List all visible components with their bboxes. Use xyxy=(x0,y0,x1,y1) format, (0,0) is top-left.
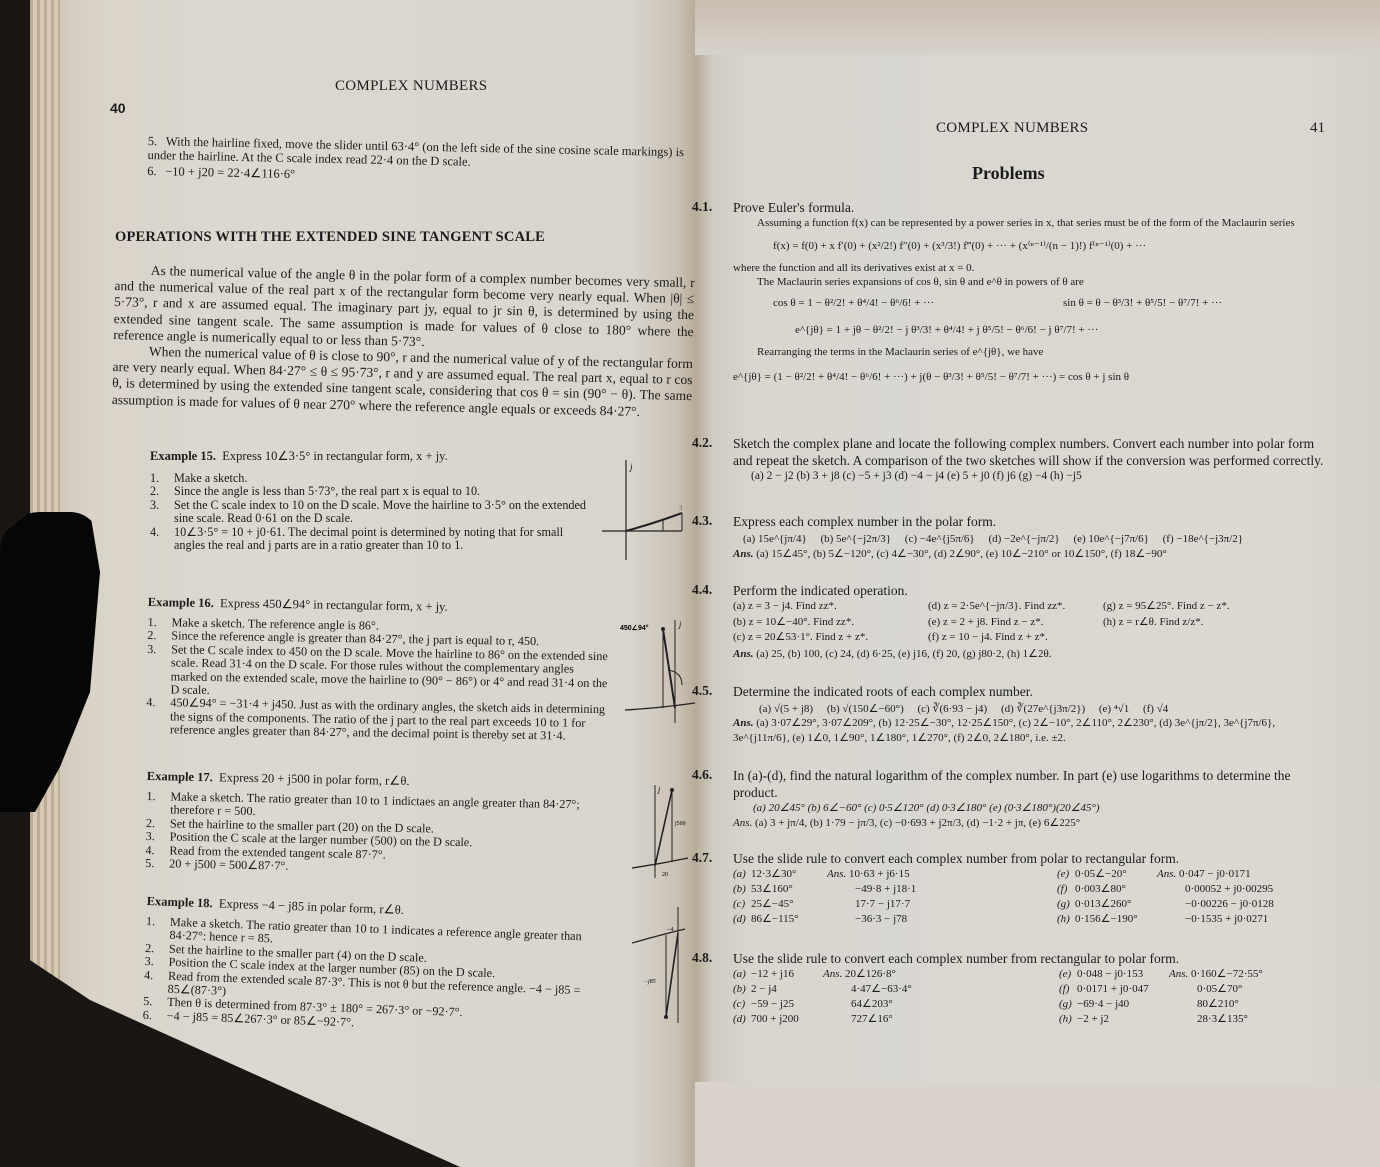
svg-text:450∠94°: 450∠94° xyxy=(620,624,649,632)
section-heading: OPERATIONS WITH THE EXTENDED SINE TANGEN… xyxy=(115,229,545,246)
problem-prompt: Use the slide rule to convert each compl… xyxy=(733,850,1332,867)
question-value: 0·05∠−20° xyxy=(1075,867,1157,882)
example-17: Example 17. Express 20 + j500 in polar f… xyxy=(145,768,607,879)
question-value: 12·3∠30° xyxy=(751,867,827,882)
problem-prompt: Use the slide rule to convert each compl… xyxy=(733,950,1332,967)
left-page-number: 40 xyxy=(110,100,126,116)
problem-4-6: 4.6. In (a)-(d), find the natural logari… xyxy=(692,767,1332,832)
question-value: −59 − j25 xyxy=(751,997,823,1012)
problem-4-1: 4.1. Prove Euler's formula. Assuming a f… xyxy=(692,199,1332,386)
answer-value: Ans. 0·160∠−72·55° xyxy=(1169,967,1299,982)
part-label: (d) xyxy=(733,1012,751,1027)
problem-prompt: Express each complex number in the polar… xyxy=(733,513,1332,530)
right-running-head: COMPLEX NUMBERS xyxy=(936,120,1088,137)
answer-value: 0·00052 + j0·00295 xyxy=(1157,882,1287,897)
problem-prompt: In (a)-(d), find the natural logarithm o… xyxy=(733,767,1332,801)
question-value: 53∠160° xyxy=(751,882,827,897)
answer-value: −49·8 + j18·1 xyxy=(827,882,1057,897)
answer-value: 0·05∠70° xyxy=(1169,982,1299,997)
example-steps: 1.Make a sketch. 2.Since the angle is le… xyxy=(150,472,590,552)
question-value: 0·003∠80° xyxy=(1075,882,1157,897)
example-statement: Express 450∠94° in rectangular form, x +… xyxy=(220,596,448,614)
problem-4-8: 4.8. Use the slide rule to convert each … xyxy=(692,950,1332,1027)
conversion-table: (a)12·3∠30°Ans. 10·63 + j6·15(e)0·05∠−20… xyxy=(733,867,1332,927)
part-label: (b) xyxy=(733,882,751,897)
example-15: Example 15. Express 10∠3·5° in rectangul… xyxy=(150,448,590,552)
part-label: (g) xyxy=(1057,897,1075,912)
example-steps: 1.Make a sketch. The ratio greater than … xyxy=(145,790,606,879)
example-15-sketch: j 3 xyxy=(600,455,695,575)
question-value: 25∠−45° xyxy=(751,897,827,912)
problem-4-2: 4.2. Sketch the complex plane and locate… xyxy=(692,435,1332,483)
part-label: (d) xyxy=(733,912,751,927)
svg-text:−j85: −j85 xyxy=(644,979,656,985)
example-steps: 1.Make a sketch. The reference angle is … xyxy=(146,616,613,744)
example-label: Example 16. xyxy=(148,595,214,610)
example-label: Example 18. xyxy=(146,894,212,910)
part-label: (f) xyxy=(1059,982,1077,997)
answer: Ans. (a) 3·07∠29°, 3·07∠209°, (b) 12·25∠… xyxy=(733,716,1332,746)
problem-parts: (a) √(5 + j8) (b) √(150∠−60°) (c) ∛(6·93… xyxy=(759,702,1332,716)
right-page-number: 41 xyxy=(1310,120,1325,137)
answer-value: Ans. 10·63 + j6·15 xyxy=(827,867,1057,882)
step-item: 4.450∠94° = −31·4 + j450. Just as with t… xyxy=(146,696,612,744)
answer-value: 727∠16° xyxy=(823,1012,1059,1027)
paragraph: As the numerical value of the angle θ in… xyxy=(113,262,695,356)
part-label: (b) xyxy=(733,982,751,997)
step-item: 2.Since the angle is less than 5·73°, th… xyxy=(150,485,590,498)
sin-series: sin θ = θ − θ³/3! + θ⁵/5! − θ⁷/7! + ··· xyxy=(1063,295,1222,312)
problem-number: 4.1. xyxy=(692,199,712,215)
example-statement: Express 20 + j500 in polar form, r∠θ. xyxy=(219,770,410,788)
answer-value: 64∠203° xyxy=(823,997,1059,1012)
question-value: 2 − j4 xyxy=(751,982,823,997)
example-label: Example 17. xyxy=(147,769,213,784)
answer-value: −0·1535 + j0·0271 xyxy=(1157,912,1287,927)
answer-value: −0·00226 − j0·0128 xyxy=(1157,897,1287,912)
example-18: Example 18. Express −4 − j85 in polar fo… xyxy=(142,893,616,1039)
step-item: 3.Set the C scale index to 10 on the D s… xyxy=(150,499,590,526)
problem-parts: (a) 20∠45° (b) 6∠−60° (c) 0·5∠120° (d) 0… xyxy=(753,801,1332,815)
question-value: −69·4 − j40 xyxy=(1077,997,1169,1012)
problem-parts: (a) 2 − j2 (b) 3 + j8 (c) −5 + j3 (d) −4… xyxy=(751,469,1332,483)
example-17-sketch: j j500 20 xyxy=(630,780,700,880)
svg-text:j500: j500 xyxy=(674,821,686,827)
example-steps: 1.Make a sketch. The ratio greater than … xyxy=(142,915,615,1039)
paragraph: When the numerical value of θ is close t… xyxy=(112,343,693,421)
answer: Ans. (a) 25, (b) 100, (c) 24, (d) 6·25, … xyxy=(733,646,1332,663)
maclaurin-equation: f(x) = f(0) + x f′(0) + (x²/2!) f″(0) + … xyxy=(773,238,1332,255)
part-label: (h) xyxy=(1057,912,1075,927)
svg-text:−4: −4 xyxy=(667,927,673,933)
answer-value: 4·47∠−63·4° xyxy=(823,982,1059,997)
part-label: (c) xyxy=(733,997,751,1012)
answer: Ans. (a) 3 + jπ/4, (b) 1·79 − jπ/3, (c) … xyxy=(733,815,1332,832)
part-label: (e) xyxy=(1057,867,1075,882)
problem-parts: (a) z = 3 − j4. Find zz*.(d) z = 2·5e^{−… xyxy=(733,599,1332,646)
answer-value: 17·7 − j17·7 xyxy=(827,897,1057,912)
part-label: (g) xyxy=(1059,997,1077,1012)
question-value: 0·013∠260° xyxy=(1075,897,1157,912)
question-value: 86∠−115° xyxy=(751,912,827,927)
question-value: 700 + j200 xyxy=(751,1012,823,1027)
section-body: As the numerical value of the angle θ in… xyxy=(112,262,695,421)
svg-text:20: 20 xyxy=(662,872,668,878)
cos-series: cos θ = 1 − θ²/2! + θ⁴/4! − θ⁶/6! + ··· xyxy=(773,295,1063,312)
part-label: (c) xyxy=(733,897,751,912)
question-value: −2 + j2 xyxy=(1077,1012,1169,1027)
problem-prompt: Sketch the complex plane and locate the … xyxy=(733,435,1332,469)
example-16-sketch: 450∠94° j xyxy=(620,615,700,725)
answer-value: −36·3 − j78 xyxy=(827,912,1057,927)
part-label: (h) xyxy=(1059,1012,1077,1027)
question-value: 0·156∠−190° xyxy=(1075,912,1157,927)
part-label: (f) xyxy=(1057,882,1075,897)
part-label: (a) xyxy=(733,967,751,982)
example-statement: Express 10∠3·5° in rectangular form, x +… xyxy=(222,449,448,463)
conversion-table: (a)−12 + j16Ans. 20∠126·8°(e)0·048 − j0·… xyxy=(733,967,1332,1027)
answer: Ans. (a) 15∠45°, (b) 5∠−120°, (c) 4∠−30°… xyxy=(733,546,1332,563)
answer-value: Ans. 0·047 − j0·0171 xyxy=(1157,867,1287,882)
exp-series: e^{jθ} = 1 + jθ − θ²/2! − j θ³/3! + θ⁴/4… xyxy=(795,322,1332,339)
step-item: 1.Make a sketch. xyxy=(150,472,590,485)
euler-result: e^{jθ} = (1 − θ²/2! + θ⁴/4! − θ⁶/6! + ··… xyxy=(733,369,1332,386)
left-running-head: COMPLEX NUMBERS xyxy=(335,78,487,95)
problem-4-3: 4.3. Express each complex number in the … xyxy=(692,513,1332,563)
problem-4-7: 4.7. Use the slide rule to convert each … xyxy=(692,850,1332,927)
question-value: 0·048 − j0·153 xyxy=(1077,967,1169,982)
problem-4-5: 4.5. Determine the indicated roots of ea… xyxy=(692,683,1332,746)
question-value: −12 + j16 xyxy=(751,967,823,982)
example-18-sketch: −4 −j85 xyxy=(630,905,700,1025)
example-16: Example 16. Express 450∠94° in rectangul… xyxy=(146,594,613,744)
svg-text:3: 3 xyxy=(679,504,683,512)
problem-parts: (a) 15e^{jπ/4} (b) 5e^{−j2π/3} (c) −4e^{… xyxy=(743,532,1332,546)
problem-prompt: Determine the indicated roots of each co… xyxy=(733,683,1332,700)
problem-4-4: 4.4. Perform the indicated operation. (a… xyxy=(692,582,1332,663)
step-item: 3.Set the C scale index to 450 on the D … xyxy=(146,643,612,704)
question-value: 0·0171 + j0·047 xyxy=(1077,982,1169,997)
answer-value: 28·3∠135° xyxy=(1169,1012,1299,1027)
svg-text:j: j xyxy=(629,462,633,472)
problems-title: Problems xyxy=(972,163,1045,184)
answer-value: 80∠210° xyxy=(1169,997,1299,1012)
svg-text:j: j xyxy=(657,785,661,794)
problem-prompt: Prove Euler's formula. xyxy=(733,199,1332,216)
step-item: 4.10∠3·5° = 10 + j0·61. The decimal poin… xyxy=(150,526,590,553)
part-label: (e) xyxy=(1059,967,1077,982)
problem-prompt: Perform the indicated operation. xyxy=(733,582,1332,599)
part-label: (a) xyxy=(733,867,751,882)
answer-value: Ans. 20∠126·8° xyxy=(823,967,1059,982)
example-label: Example 15. xyxy=(150,449,216,463)
svg-text:j: j xyxy=(678,620,682,629)
